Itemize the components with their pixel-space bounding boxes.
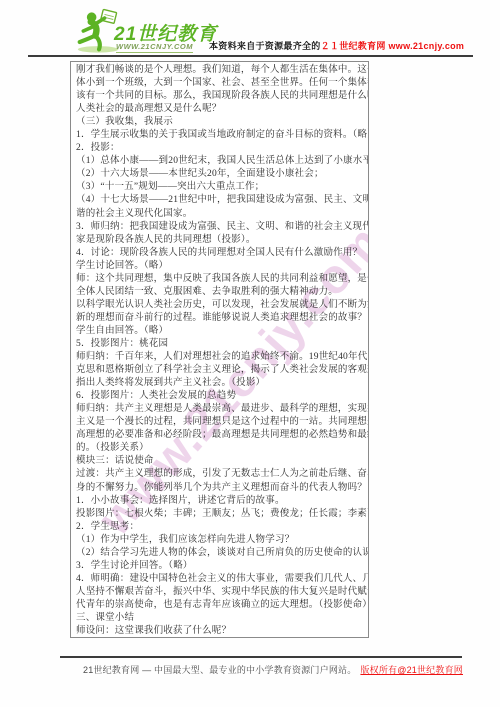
footer: 21世纪教育网 — 中国最大型、最专业的中小学教育资源门户网站。 版权所有@21… [83,663,463,676]
document-line: 高理想的必要准备和必经阶段；最高理想是共同理想的必然趋势和最终目 [76,429,365,442]
document-line: 3．师归纳：把我国建设成为富强、民主、文明、和谐的社会主义现代化国 [76,221,365,234]
document-line: 三、课堂小结 [76,612,365,625]
document-line: 指出人类终将发展到共产主义社会。（投影） [76,377,365,390]
document-line: （3）“十一五”规划——突出六大重点工作； [76,181,365,194]
document-line: 学生讨论回答。（略） [76,260,365,273]
document-line: 代青年的崇高使命，也是有志青年应该确立的远大理想。（投影使命） [76,599,365,612]
document-line: 该有一个共同的目标。那么，我国现阶段各族人民的共同理想是什么呢？ [76,90,365,103]
document-line: 1．小小故事会：选择图片，讲述它背后的故事。 [76,495,365,508]
document-line: 谐的社会主义现代化国家。 [76,208,365,221]
tagline-black-text: 本资料来自于资源最齐全的 [209,41,321,51]
document-line: 的。（投影关系） [76,442,365,455]
document-line: 投影图片：七根火柴；丰碑；王顺友；丛飞；费俊龙；任长霞；李素丽…… [76,508,365,521]
lesson-plan-text: 刚才我们畅谈的是个人理想。我们知道，每个人都生活在集体中。这个集体小到一个班级，… [76,64,365,638]
document-line: 4．讨论：现阶段各族人民的共同理想对全国人民有什么激励作用？ [76,247,365,260]
footer-site-description: 21世纪教育网 — 中国最大型、最专业的中小学教育资源门户网站。 [83,663,356,676]
document-line: 2．投影： [76,142,365,155]
document-line: （4）十七大场景——21世纪中叶，把我国建设成为富强、民主、文明、和 [76,194,365,207]
footer-divider [60,656,462,658]
document-line: 人坚持不懈艰苦奋斗，振兴中华、实现中华民族的伟大复兴是时代赋予当 [76,586,365,599]
lesson-plan-table: www.21cnjy.com 刚才我们畅谈的是个人理想。我们知道，每个人都生活在… [70,61,369,638]
header-tagline: 本资料来自于资源最齐全的２１世纪教育网 www.21cnjy.com [209,39,479,52]
header-divider [28,55,473,57]
document-line: （三）我收集，我展示 [76,116,365,129]
document-line: 过渡：共产主义理想的形成，引发了无数志士仁人为之前赴后继、奋斗终 [76,468,365,481]
document-line: 体小到一个班级，大到一个国家、社会、甚至全世界。任何一个集体都应 [76,77,365,90]
document-line: 主义是一个漫长的过程，共同理想只是这个过程中的一站。共同理想是最 [76,416,365,429]
document-line: （1）总体小康——到20世纪末，我国人民生活总体上达到了小康水平； [76,155,365,168]
document-line: （2）十六大场景——本世纪头20年，全面建设小康社会； [76,168,365,181]
document-line: 1．学生展示收集的关于我国或当地政府制定的奋斗目标的资料。（略） [76,129,365,142]
document-line: 5．投影图片：桃花园 [76,338,365,351]
document-line: 学生自由回答。（略） [76,325,365,338]
brand-url: www.21cnjy.com [116,42,193,53]
document-line: （2）结合学习先进人物的体会，谈谈对自己所肩负的历史使命的认识。 [76,547,365,560]
document-line: 以科学眼光认识人类社会历史，可以发现，社会发展就是人们不断为实现 [76,299,365,312]
document-line: 克思和恩格斯创立了科学社会主义理论，揭示了人类社会发展的客观规律， [76,364,365,377]
document-line: 4．师明确：建设中国特色社会主义的伟大事业，需要我们几代人、几十代 [76,573,365,586]
document-line: 师归纳：共产主义理想是人类最崇高、最进步、最科学的理想，实现共产 [76,403,365,416]
tagline-red-link[interactable]: ２１世纪教育网 www.21cnjy.com [321,41,465,51]
document-line: 师：这个共同理想，集中反映了我国各族人民的共同利益和愿望，是保证 [76,273,365,286]
document-line: 师设问：这堂课我们收获了什么呢？ [76,625,365,638]
document-line: 3．学生讨论并回答。（略） [76,560,365,573]
document-line: 家是现阶段各族人民的共同理想（投影）。 [76,234,365,247]
document-line: 人类社会的最高理想又是什么呢？ [76,103,365,116]
document-line: 全体人民团结一致、克服困难、去争取胜利的强大精神动力。 [76,286,365,299]
document-line: （1）作为中学生，我们应该怎样向先进人物学习？ [76,534,365,547]
document-line: 模块三：话说使命 [76,455,365,468]
document-line: 新的理想而奋斗前行的过程。谁能够说说人类追求理想社会的故事？ [76,312,365,325]
document-line: 6．投影图片：人类社会发展的总趋势 [76,390,365,403]
document-line: 身的不懈努力。你能列举几个为共产主义理想而奋斗的代表人物吗？ [76,482,365,495]
document-line: 2．学生思考： [76,521,365,534]
document-line: 师归纳：千百年来，人们对理想社会的追求始终不渝。19世纪40年代，马 [76,351,365,364]
document-line: 刚才我们畅谈的是个人理想。我们知道，每个人都生活在集体中。这个集 [76,64,365,77]
footer-copyright-link[interactable]: 版权所有@21世纪教育网 [360,663,463,676]
